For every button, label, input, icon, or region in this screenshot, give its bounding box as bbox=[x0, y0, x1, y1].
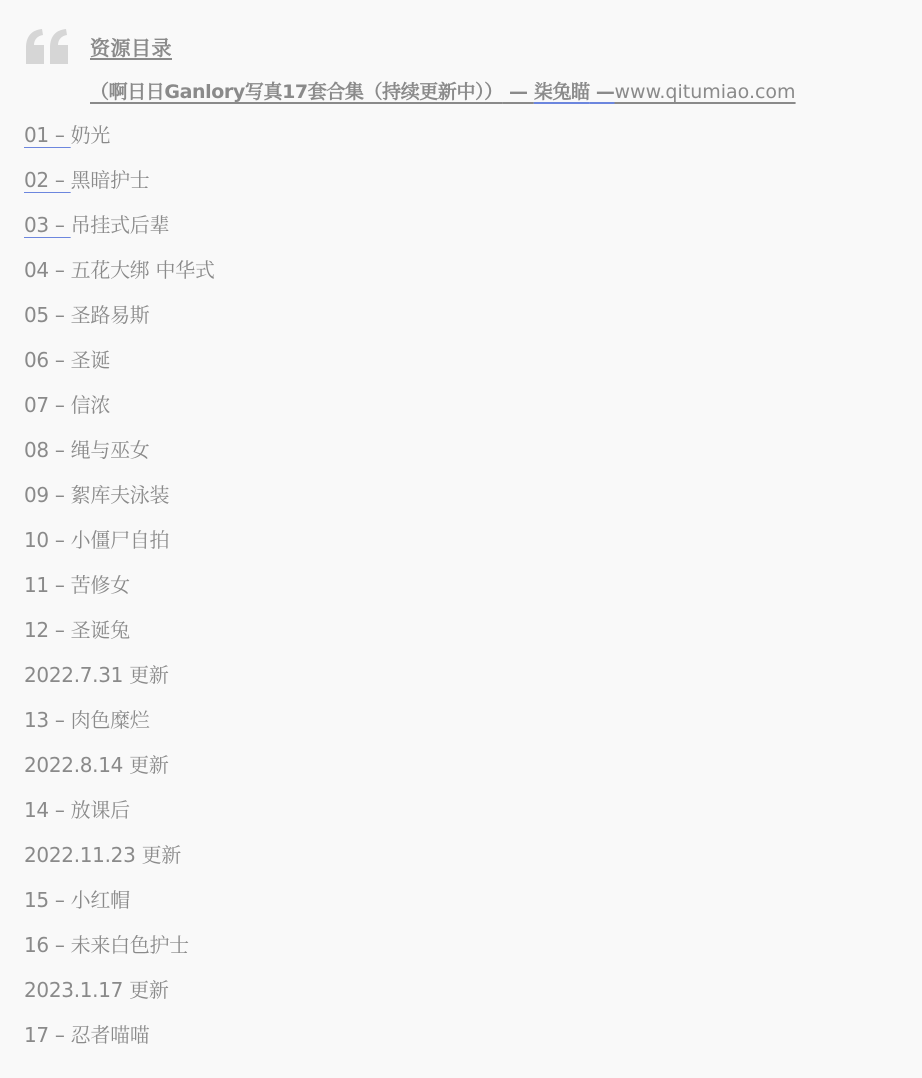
update-date-text: 2022.8.14 更新 bbox=[24, 753, 169, 777]
list-item: 03 – 吊挂式后辈 bbox=[24, 210, 215, 255]
entry-title: 圣诞兔 bbox=[71, 618, 130, 642]
entry-title: 圣诞 bbox=[71, 348, 110, 372]
quote-mark-icon bbox=[24, 28, 72, 66]
update-date-note: 2022.7.31 更新 bbox=[24, 660, 215, 705]
entry-number-link[interactable]: 02 – bbox=[24, 168, 71, 192]
collection-title-link[interactable]: （啊日日Ganlory写真17套合集（持续更新中）） bbox=[90, 81, 503, 103]
entry-number: 10 – bbox=[24, 528, 71, 552]
list-item: 13 – 肉色糜烂 bbox=[24, 705, 215, 750]
list-item: 07 – 信浓 bbox=[24, 390, 215, 435]
entry-number: 14 – bbox=[24, 798, 71, 822]
entry-number: 11 – bbox=[24, 573, 71, 597]
list-item: 06 – 圣诞 bbox=[24, 345, 215, 390]
entry-title: 绳与巫女 bbox=[71, 438, 150, 462]
collection-subtitle: （啊日日Ganlory写真17套合集（持续更新中）） — 柒兔瞄 —www.qi… bbox=[90, 77, 796, 104]
dash-separator[interactable]: — bbox=[503, 81, 534, 103]
list-item: 17 – 忍者喵喵 bbox=[24, 1020, 215, 1065]
entry-title: 圣路易斯 bbox=[71, 303, 150, 327]
list-item: 09 – 絮库夫泳装 bbox=[24, 480, 215, 525]
entry-title: 絮库夫泳装 bbox=[71, 483, 170, 507]
entry-title: 未来白色护士 bbox=[71, 933, 189, 957]
entry-number-link[interactable]: 01 – bbox=[24, 123, 71, 147]
entry-title: 黑暗护士 bbox=[71, 168, 150, 192]
entry-title: 五花大绑 中华式 bbox=[71, 258, 215, 282]
author-link[interactable]: 柒兔瞄 bbox=[534, 81, 590, 103]
entry-title: 奶光 bbox=[71, 123, 110, 147]
entry-number: 09 – bbox=[24, 483, 71, 507]
entry-number: 08 – bbox=[24, 438, 71, 462]
list-item: 05 – 圣路易斯 bbox=[24, 300, 215, 345]
entry-number: 06 – bbox=[24, 348, 71, 372]
entry-number: 04 – bbox=[24, 258, 71, 282]
site-url-link[interactable]: www.qitumiao.com bbox=[614, 81, 795, 103]
entry-title: 小僵尸自拍 bbox=[71, 528, 170, 552]
entry-title: 信浓 bbox=[71, 393, 110, 417]
entry-title: 苦修女 bbox=[71, 573, 130, 597]
update-date-note: 2023.1.17 更新 bbox=[24, 975, 215, 1020]
list-item: 10 – 小僵尸自拍 bbox=[24, 525, 215, 570]
list-item: 15 – 小红帽 bbox=[24, 885, 215, 930]
entry-title: 小红帽 bbox=[71, 888, 130, 912]
entry-title: 忍者喵喵 bbox=[71, 1023, 150, 1047]
update-date-text: 2022.7.31 更新 bbox=[24, 663, 169, 687]
entry-number: 16 – bbox=[24, 933, 71, 957]
entry-number: 17 – bbox=[24, 1023, 71, 1047]
entry-number: 05 – bbox=[24, 303, 71, 327]
entry-number: 12 – bbox=[24, 618, 71, 642]
entry-title: 肉色糜烂 bbox=[71, 708, 150, 732]
entry-number: 13 – bbox=[24, 708, 71, 732]
dash-separator[interactable]: — bbox=[590, 81, 615, 103]
list-item: 04 – 五花大绑 中华式 bbox=[24, 255, 215, 300]
entry-number-link[interactable]: 03 – bbox=[24, 213, 71, 237]
list-item: 02 – 黑暗护士 bbox=[24, 165, 215, 210]
list-item: 16 – 未来白色护士 bbox=[24, 930, 215, 975]
entry-list: 01 – 奶光 02 – 黑暗护士 03 – 吊挂式后辈 04 – 五花大绑 中… bbox=[24, 120, 215, 1065]
update-date-text: 2023.1.17 更新 bbox=[24, 978, 169, 1002]
entry-number: 15 – bbox=[24, 888, 71, 912]
entry-title: 放课后 bbox=[71, 798, 130, 822]
list-item: 01 – 奶光 bbox=[24, 120, 215, 165]
update-date-note: 2022.8.14 更新 bbox=[24, 750, 215, 795]
entry-title: 吊挂式后辈 bbox=[71, 213, 170, 237]
list-item: 08 – 绳与巫女 bbox=[24, 435, 215, 480]
list-item: 11 – 苦修女 bbox=[24, 570, 215, 615]
resource-directory-title-link[interactable]: 资源目录 bbox=[90, 32, 172, 61]
update-date-text: 2022.11.23 更新 bbox=[24, 843, 181, 867]
list-item: 12 – 圣诞兔 bbox=[24, 615, 215, 660]
entry-number: 07 – bbox=[24, 393, 71, 417]
update-date-note: 2022.11.23 更新 bbox=[24, 840, 215, 885]
list-item: 14 – 放课后 bbox=[24, 795, 215, 840]
